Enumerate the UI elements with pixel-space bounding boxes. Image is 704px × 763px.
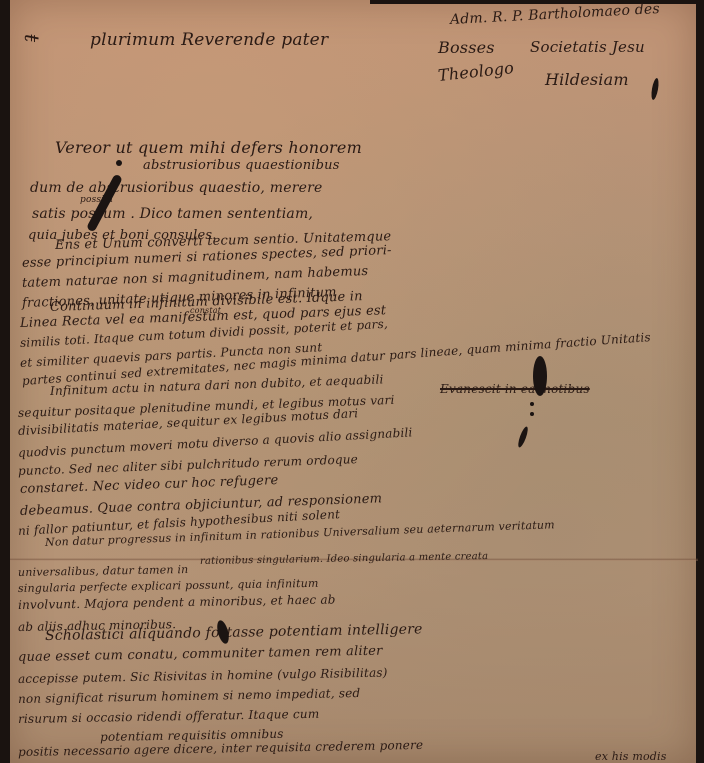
body-line: satis possum . Dico tamen sententiam, <box>32 206 313 222</box>
address-line-2b: Societatis Jesu <box>530 38 645 56</box>
scan-border-right <box>700 100 704 763</box>
ink-dot <box>116 160 122 166</box>
address-line-2: Bosses <box>438 38 495 57</box>
ink-blot <box>533 356 547 396</box>
salutation: plurimum Reverende pater <box>90 30 328 50</box>
struck-margin-note: Evanescit in ea motibus <box>440 382 590 396</box>
ink-dot <box>530 402 534 406</box>
body-line-interlinear: abstrusioribus quaestionibus <box>143 158 340 173</box>
body-line: dum de abstrusioribus quaestio, merere <box>30 180 322 196</box>
address-line-3b: Hildesiam <box>545 70 629 89</box>
folio-mark: ŧ <box>20 34 44 42</box>
catchword: ex his modis <box>595 750 667 763</box>
ink-dot <box>530 412 534 416</box>
paper-notch <box>698 555 704 569</box>
body-line: Vereor ut quem mihi defers honorem <box>55 138 362 157</box>
